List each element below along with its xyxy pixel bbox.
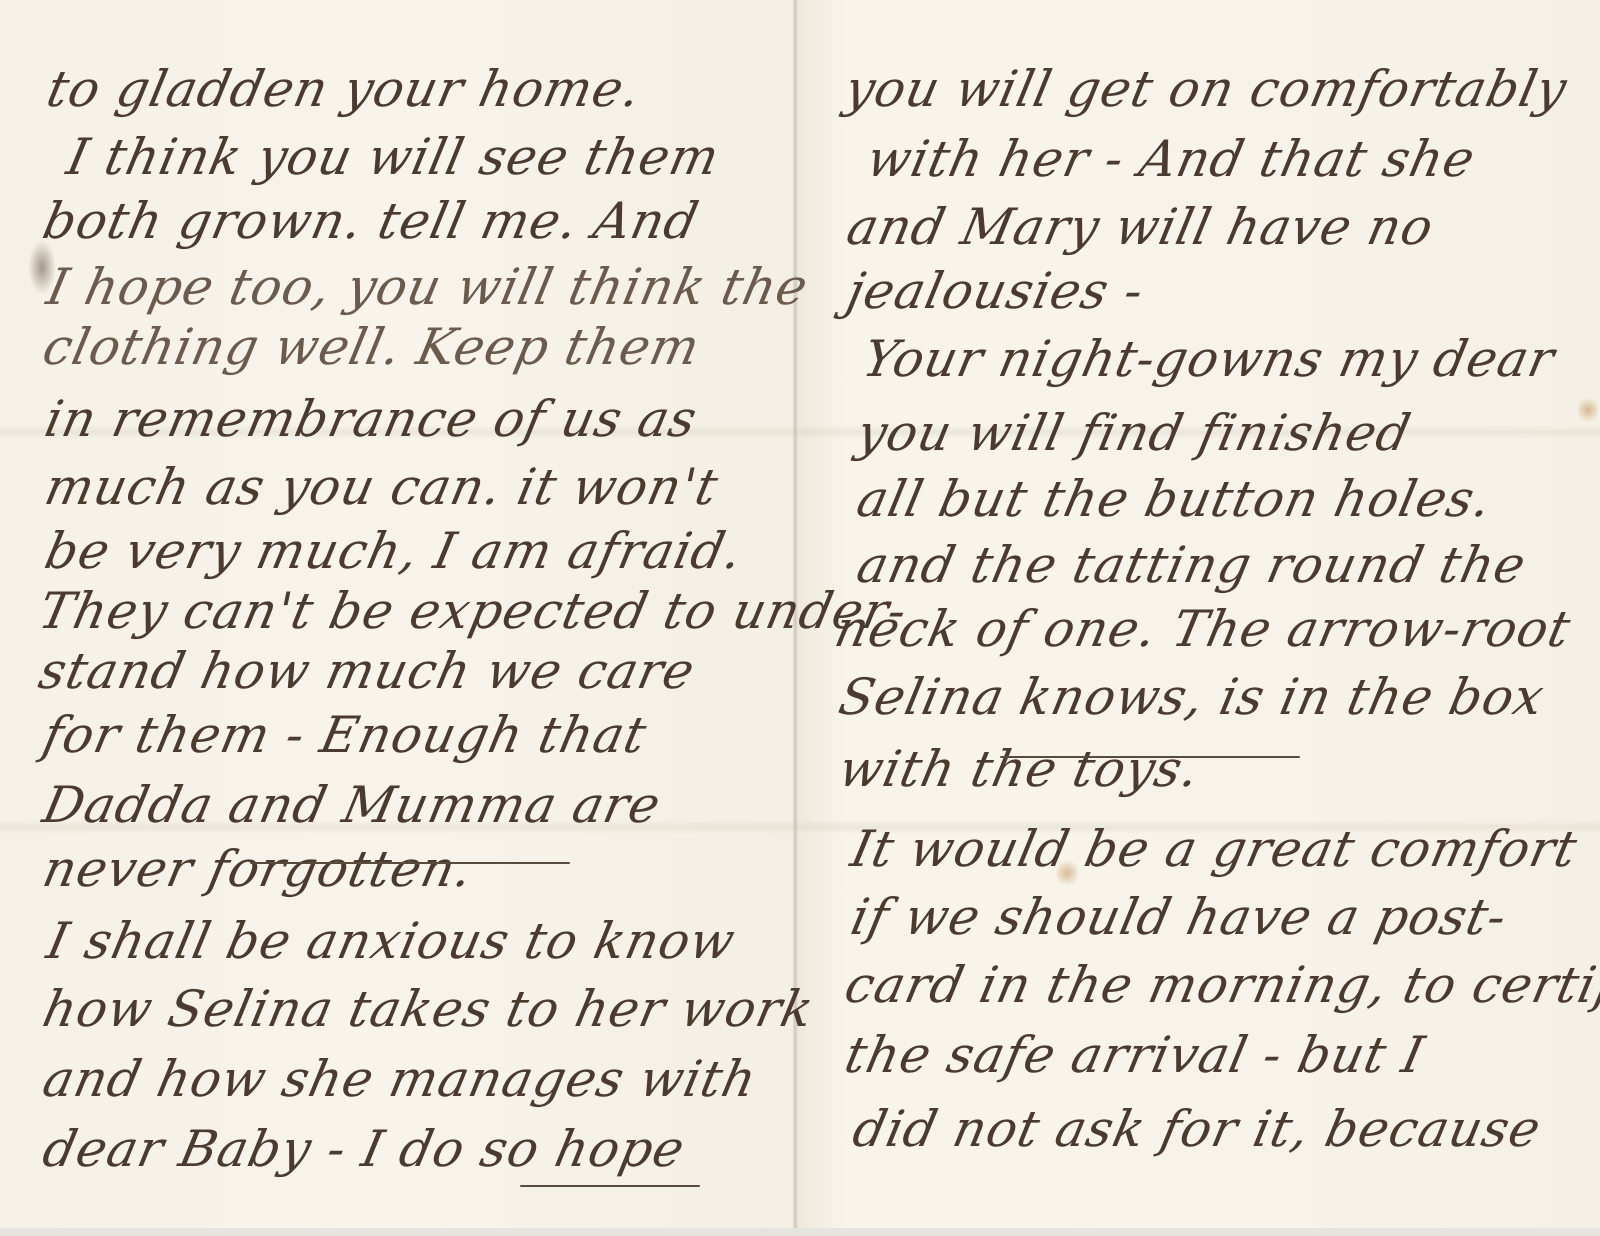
left-line-5: clothing well. Keep them	[38, 318, 705, 376]
right-line-7: all but the button holes.	[852, 470, 1497, 528]
right-line-2: with her - And that she	[862, 130, 1480, 188]
right-line-4: jealousies -	[842, 262, 1149, 320]
right-line-12: It would be a great comfort	[846, 820, 1583, 878]
right-line-16: did not ask for it, because	[848, 1100, 1546, 1158]
paper-bottom-edge	[0, 1228, 1600, 1236]
left-line-4: I hope too, you will think the	[42, 258, 814, 316]
right-line-15: the safe arrival - but I	[840, 1026, 1430, 1084]
underline-hope	[520, 1185, 700, 1187]
left-line-10: stand how much we care	[34, 642, 700, 700]
left-line-11: for them - Enough that	[38, 706, 652, 764]
right-line-9: neck of one. The arrow-root	[830, 600, 1576, 658]
left-line-1: to gladden your home.	[42, 60, 646, 118]
right-line-14: card in the morning, to certify	[840, 956, 1600, 1014]
letter-sheet: to gladden your home. I think you will s…	[0, 0, 1600, 1228]
right-line-10: Selina knows, is in the box	[834, 668, 1550, 726]
right-line-8: and the tatting round the	[852, 536, 1531, 594]
left-line-9: They can't be expected to under-	[34, 582, 913, 640]
right-line-11: with the toys.	[834, 740, 1205, 798]
left-line-15: how Selina takes to her work	[38, 980, 819, 1038]
right-line-3: and Mary will have no	[842, 198, 1439, 256]
right-line-5: Your night-gowns my dear	[858, 330, 1560, 388]
left-line-6: in remembrance of us as	[40, 390, 702, 448]
right-line-1: you will get on comfortably	[840, 60, 1572, 118]
underline-box	[1000, 756, 1300, 758]
foxing-spot-edge	[1578, 395, 1598, 425]
left-line-8: be very much, I am afraid.	[40, 522, 748, 580]
right-line-13: if we should have a post-	[846, 888, 1512, 946]
left-line-2: I think you will see them	[62, 128, 725, 186]
left-line-12: Dadda and Mumma are	[38, 776, 666, 834]
left-line-16: and how she manages with	[38, 1050, 762, 1108]
right-line-6: you will find finished	[852, 404, 1416, 462]
underline-forgotten	[250, 862, 570, 864]
left-line-3: both grown. tell me. And	[38, 192, 704, 250]
left-line-17: dear Baby - I do so hope	[38, 1120, 690, 1178]
left-line-7: much as you can. it won't	[40, 458, 724, 516]
left-line-13: never forgotten.	[38, 840, 478, 898]
left-line-14: I shall be anxious to know	[42, 912, 741, 970]
